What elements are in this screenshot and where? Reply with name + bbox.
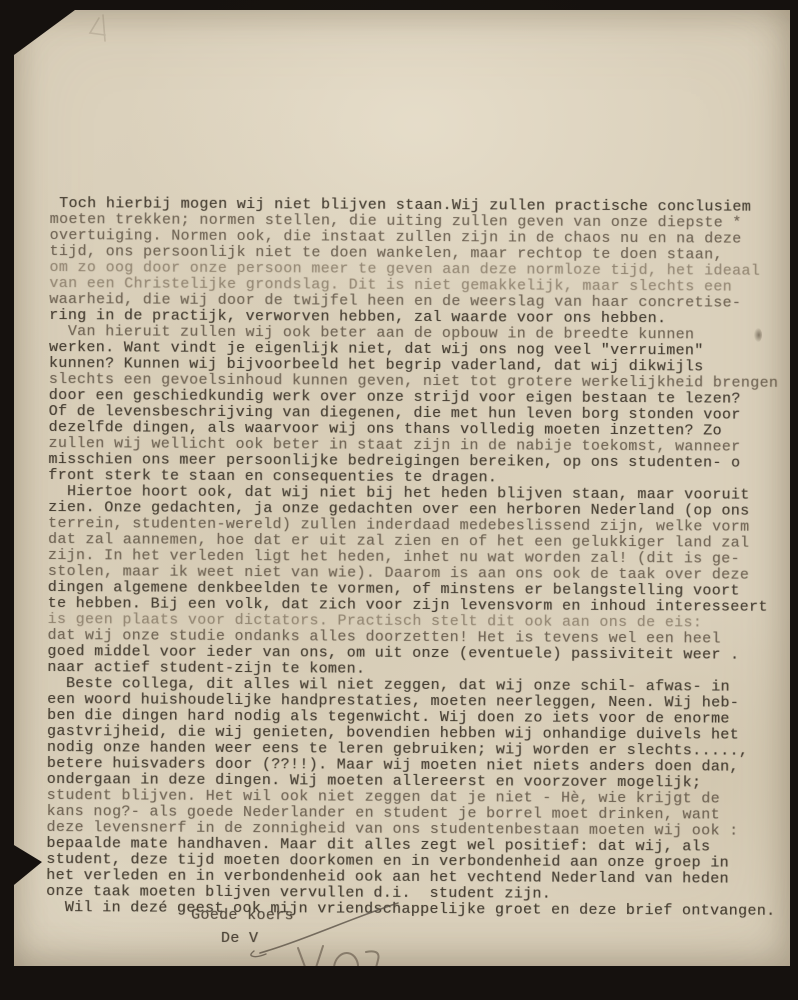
letter-paper: Toch hierbij mogen wij niet blijven staa…	[14, 10, 790, 966]
letter-text: Toch hierbij mogen wij niet blijven staa…	[46, 148, 770, 920]
typed-signature: De V	[221, 931, 258, 947]
ink-stain	[16, 26, 28, 44]
text-line: Wil in dezé geest ook mijn vriendschappe…	[46, 900, 766, 920]
closing-line: Goede koers	[191, 908, 294, 925]
photo-background: Toch hierbij mogen wij niet blijven staa…	[0, 0, 798, 1000]
